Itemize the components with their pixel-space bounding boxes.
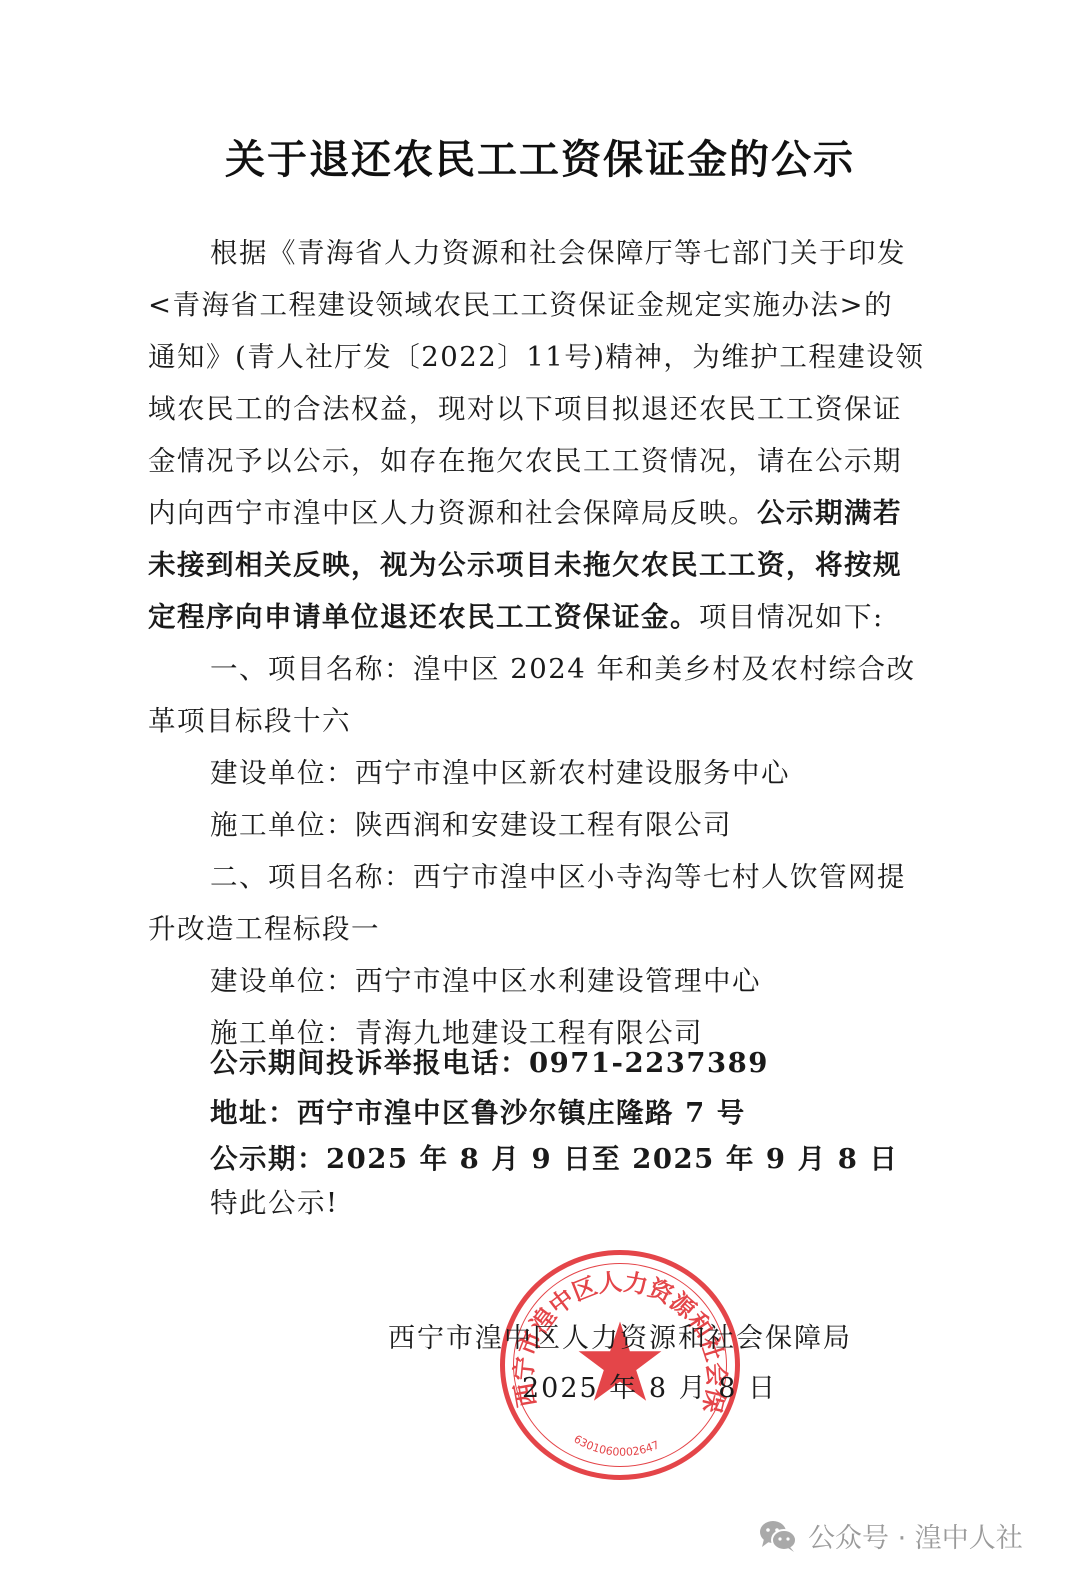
- project-2-builder: 建设单位：西宁市湟中区水利建设管理中心: [210, 958, 761, 998]
- wechat-account-watermark: 公众号 · 湟中人社: [758, 1516, 1023, 1555]
- publicity-period: 公示期：2025 年 8 月 9 日至 2025 年 9 月 8 日: [210, 1136, 898, 1176]
- intro-line: 域农民工的合法权益，现对以下项目拟退还农民工工资保证: [148, 386, 902, 426]
- intro-emphasis-line: 未接到相关反映，视为公示项目未拖欠农民工工资，将按规: [148, 542, 902, 582]
- official-seal: 西宁市湟中区人力资源和社会保障局 6301060002647: [500, 1250, 740, 1480]
- intro-text: 内向西宁市湟中区人力资源和社会保障局反映。: [148, 497, 757, 529]
- seal-code: 6301060002647: [571, 1432, 661, 1458]
- intro-text: 项目情况如下:: [699, 601, 884, 633]
- intro-line: 内向西宁市湟中区人力资源和社会保障局反映。公示期满若: [148, 490, 902, 530]
- account-name: 公众号 · 湟中人社: [808, 1516, 1023, 1555]
- intro-line: <青海省工程建设领域农民工工资保证金规定实施办法>的: [148, 282, 893, 322]
- intro-line: 根据《青海省人力资源和社会保障厅等七部门关于印发: [210, 230, 906, 270]
- project-1-name: 一、项目名称：湟中区 2024 年和美乡村及农村综合改: [210, 646, 915, 686]
- intro-line: 定程序向申请单位退还农民工工资保证金。项目情况如下:: [148, 594, 884, 634]
- intro-line: 金情况予以公示，如存在拖欠农民工工资情况，请在公示期: [148, 438, 902, 478]
- project-2-name: 二、项目名称：西宁市湟中区小寺沟等七村人饮管网提: [210, 854, 906, 894]
- closing-text: 特此公示!: [210, 1180, 339, 1220]
- wechat-icon: [758, 1519, 798, 1553]
- document-title: 关于退还农民工工资保证金的公示: [0, 128, 1080, 185]
- signing-date: 2025 年 8 月 8 日: [522, 1366, 777, 1405]
- intro-emphasis: 公示期满若: [757, 497, 902, 529]
- project-2-name-cont: 升改造工程标段一: [148, 906, 380, 946]
- project-1-builder: 建设单位：西宁市湟中区新农村建设服务中心: [210, 750, 790, 790]
- intro-emphasis: 定程序向申请单位退还农民工工资保证金。: [148, 601, 699, 633]
- svg-text:6301060002647: 6301060002647: [571, 1432, 661, 1458]
- project-1-name-cont: 革项目标段十六: [148, 698, 351, 738]
- project-1-contractor: 施工单位：陕西润和安建设工程有限公司: [210, 802, 732, 842]
- intro-line: 通知》(青人社厅发〔2022〕11号)精神，为维护工程建设领: [148, 334, 924, 374]
- signing-organization: 西宁市湟中区人力资源和社会保障局: [388, 1316, 852, 1355]
- complaint-phone: 公示期间投诉举报电话：0971-2237389: [210, 1040, 769, 1080]
- address: 地址：西宁市湟中区鲁沙尔镇庄隆路 7 号: [210, 1090, 746, 1130]
